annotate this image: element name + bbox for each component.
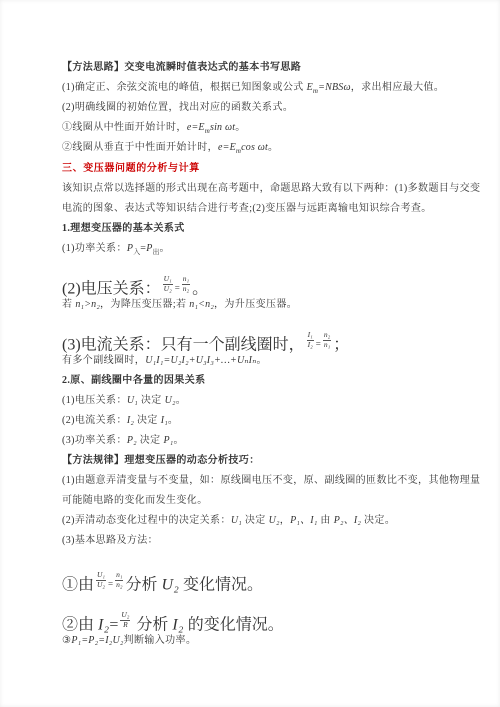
fraction-denominator: U₂	[163, 285, 173, 294]
variable-i2: I₂	[127, 415, 134, 426]
subsection-causal-relations: 2.原、副线圈中各量的因果关系	[62, 371, 458, 391]
text-segment: ③	[62, 635, 71, 646]
variable-p2: P₂	[127, 435, 137, 446]
intro-line-1: 该知识点常以选择题的形式出现在高考题中，命题思路大致有以下两种：(1)多数题目与…	[62, 179, 458, 199]
condition-n1-lt-n2: n₁<n₂	[189, 299, 214, 310]
causal-power: (3)功率关系：P₂ 决定 P₁。	[62, 431, 458, 451]
subscript-out: 出	[153, 248, 160, 256]
text-segment: (2)电流关系：	[62, 415, 127, 426]
variable-u2: U₂	[165, 395, 176, 406]
text-segment: 决定	[242, 515, 269, 526]
rule-variables-line2: 可能随电路的变化而发生变化。	[62, 491, 458, 511]
text-segment: (1)确定正、余弦交流电的峰值，根据已知图象或公式	[62, 82, 307, 93]
equals-sign: =	[108, 579, 113, 589]
text-segment: 判断输入功率。	[124, 635, 197, 646]
updown-rule: 若 n₁>n₂，为降压变压器;若 n₁<n₂，为升压变压器。	[62, 295, 458, 315]
variables-p1-i1: P₁、I₁	[290, 515, 317, 526]
fraction-u1-u2: U₁U₂	[163, 275, 173, 293]
text-segment: 。	[256, 355, 266, 366]
multi-coil-relation: 有多个副线圈时，U₁I₁=U₂I₂+U₃I₃+…+UₙIₙ。	[62, 351, 458, 371]
text-segment: 。	[192, 281, 208, 298]
formula-nbs-omega: =NBSω	[318, 82, 351, 93]
text-segment: ②由	[62, 617, 98, 634]
text-segment: ②线圈从垂直于中性面开始计时，	[62, 142, 218, 153]
formula-multi-coil: U₁I₁=U₂I₂+U₃I₃+…+UₙIₙ	[145, 355, 256, 366]
formula-power-equality: P₁=P₂=I₂U₂	[71, 635, 123, 646]
formula-e-cos: e=E	[218, 142, 236, 153]
text-segment: ；	[333, 337, 349, 354]
text-segment: 。	[168, 415, 178, 426]
intro-line-2: 电流的图象、表达式等知识结合进行考查;(2)变压器与远距离输电知识综合考查。	[62, 199, 458, 219]
text-segment: 分析	[132, 617, 172, 634]
text-segment: ，	[280, 515, 290, 526]
text-segment: 。	[235, 122, 245, 133]
variable-u1: U₁	[231, 515, 242, 526]
variable-u1: U₁	[127, 395, 138, 406]
fraction-n1-n2: n₁n₂	[182, 275, 190, 293]
formula-cos-wt: cos ωt	[241, 142, 268, 153]
variables-p2-i2: P₂、I₂	[334, 515, 361, 526]
method-rule-heading: 【方法规律】理想变压器的动态分析技巧：	[62, 451, 458, 471]
text-segment: ，为升压变压器。	[214, 299, 297, 310]
fraction-u1-u2: U₁U₂	[96, 571, 106, 589]
equals-sign: =	[175, 283, 180, 293]
variable-p1: P₁	[163, 435, 173, 446]
text-segment: 。	[268, 142, 278, 153]
subsection-basic-relations: 1.理想变压器的基本关系式	[62, 219, 458, 239]
analysis-step-1: ①由U₁U₂=n₁n₂分析 U₂ 变化情况。	[62, 551, 458, 591]
causal-current: (2)电流关系：I₂ 决定 I₁。	[62, 411, 458, 431]
variable-i2: I₂	[98, 617, 109, 634]
equals-sign: =	[109, 617, 118, 634]
power-relation: (1)功率关系：P入=P出。	[62, 239, 458, 259]
fraction-i1-i2: I₁I₂	[307, 331, 314, 349]
text-segment: (3)功率关系：	[62, 435, 127, 446]
text-segment: ，求出相应最大值。	[351, 82, 445, 93]
step-initial-position: (2)明确线圈的初始位置，找出对应的函数关系式。	[62, 98, 458, 118]
condition-n1-gt-n2: n₁>n₂	[75, 299, 100, 310]
rule-variables-line1: (1)由题意弄清变量与不变量，如：原线圈电压不变，原、副线圈的匝数比不变，其他物…	[62, 471, 458, 491]
causal-voltage: (1)电压关系：U₁ 决定 U₂。	[62, 391, 458, 411]
coil-perpendicular-start: ②线圈从垂直于中性面开始计时，e=Emcos ωt。	[62, 138, 458, 158]
analysis-step-2-line: ②由 I₂=U₂R 分析 I₂ 的变化情况。	[62, 611, 284, 631]
text-segment: ①线圈从中性面开始计时，	[62, 122, 187, 133]
fraction-denominator: n₂	[182, 285, 190, 294]
voltage-relation-line: (2)电压关系：U₁U₂=n₁n₂。	[62, 275, 208, 295]
text-segment: 决定	[134, 415, 161, 426]
analysis-step-2: ②由 I₂=U₂R 分析 I₂ 的变化情况。	[62, 591, 458, 631]
rule-basic-approach: (3)基本思路及方法：	[62, 531, 458, 551]
fraction-n2-n1: n₂n₁	[323, 331, 331, 349]
current-relation-line: (3)电流关系：只有一个副线圈时，I₁I₂=n₂n₁；	[62, 331, 349, 351]
coil-neutral-start: ①线圈从中性面开始计时，e=Emsin ωt。	[62, 118, 458, 138]
text-segment: (2)电压关系：	[62, 281, 161, 298]
variable-i1: I₁	[161, 415, 168, 426]
text-segment: 决定	[138, 395, 165, 406]
text-segment: 由	[318, 515, 334, 526]
document-page: 【方法思路】交变电流瞬时值表达式的基本书写思路 (1)确定正、余弦交流电的峰值，…	[0, 0, 500, 707]
text-segment: ，为降压变压器;若	[100, 299, 189, 310]
formula-sin-wt: sin ωt	[210, 122, 235, 133]
equals-sign: =	[316, 339, 321, 349]
text-segment: 。	[176, 395, 186, 406]
current-relation: (3)电流关系：只有一个副线圈时，I₁I₂=n₂n₁；	[62, 315, 458, 351]
fraction-n1-n2: n₁n₂	[115, 571, 123, 589]
variable-u2: U₂	[269, 515, 280, 526]
step-determine-peak: (1)确定正、余弦交流电的峰值，根据已知图象或公式 Em=NBSω，求出相应最大…	[62, 78, 458, 98]
voltage-relation: (2)电压关系：U₁U₂=n₁n₂。	[62, 259, 458, 295]
text-segment: 决定	[137, 435, 164, 446]
text-segment: (1)功率关系：	[62, 243, 127, 254]
text-segment: 决定。	[361, 515, 395, 526]
fraction-denominator: n₂	[115, 581, 123, 590]
text-segment: 。	[160, 243, 170, 254]
analysis-step-3: ③P₁=P₂=I₂U₂判断输入功率。	[62, 631, 458, 651]
text-segment: (2)弄清动态变化过程中的决定关系：	[62, 515, 231, 526]
text-segment: 若	[62, 299, 75, 310]
fraction-denominator: I₂	[307, 341, 314, 350]
fraction-denominator: n₁	[323, 341, 331, 350]
text-segment: 的变化情况。	[184, 617, 284, 634]
fraction-denominator: R	[120, 621, 130, 630]
method-idea-heading: 【方法思路】交变电流瞬时值表达式的基本书写思路	[62, 58, 458, 78]
fraction-u2-r: U₂R	[120, 611, 130, 629]
variable-i2: I₂	[172, 617, 183, 634]
text-segment: (3)电流关系：只有一个副线圈时，	[62, 337, 305, 354]
fraction-denominator: U₂	[96, 581, 106, 590]
section-heading-transformer: 三、变压器问题的分析与计算	[62, 158, 458, 179]
rule-determining: (2)弄清动态变化过程中的决定关系：U₁ 决定 U₂，P₁、I₁ 由 P₂、I₂…	[62, 511, 458, 531]
text-segment: 有多个副线圈时，	[62, 355, 145, 366]
analysis-step-1-line: ①由U₁U₂=n₁n₂分析 U₂ 变化情况。	[62, 571, 263, 591]
formula-e-sin: e=E	[187, 122, 205, 133]
text-segment: 。	[173, 435, 183, 446]
text-segment: (1)电压关系：	[62, 395, 127, 406]
document-content: 【方法思路】交变电流瞬时值表达式的基本书写思路 (1)确定正、余弦交流电的峰值，…	[62, 58, 458, 651]
